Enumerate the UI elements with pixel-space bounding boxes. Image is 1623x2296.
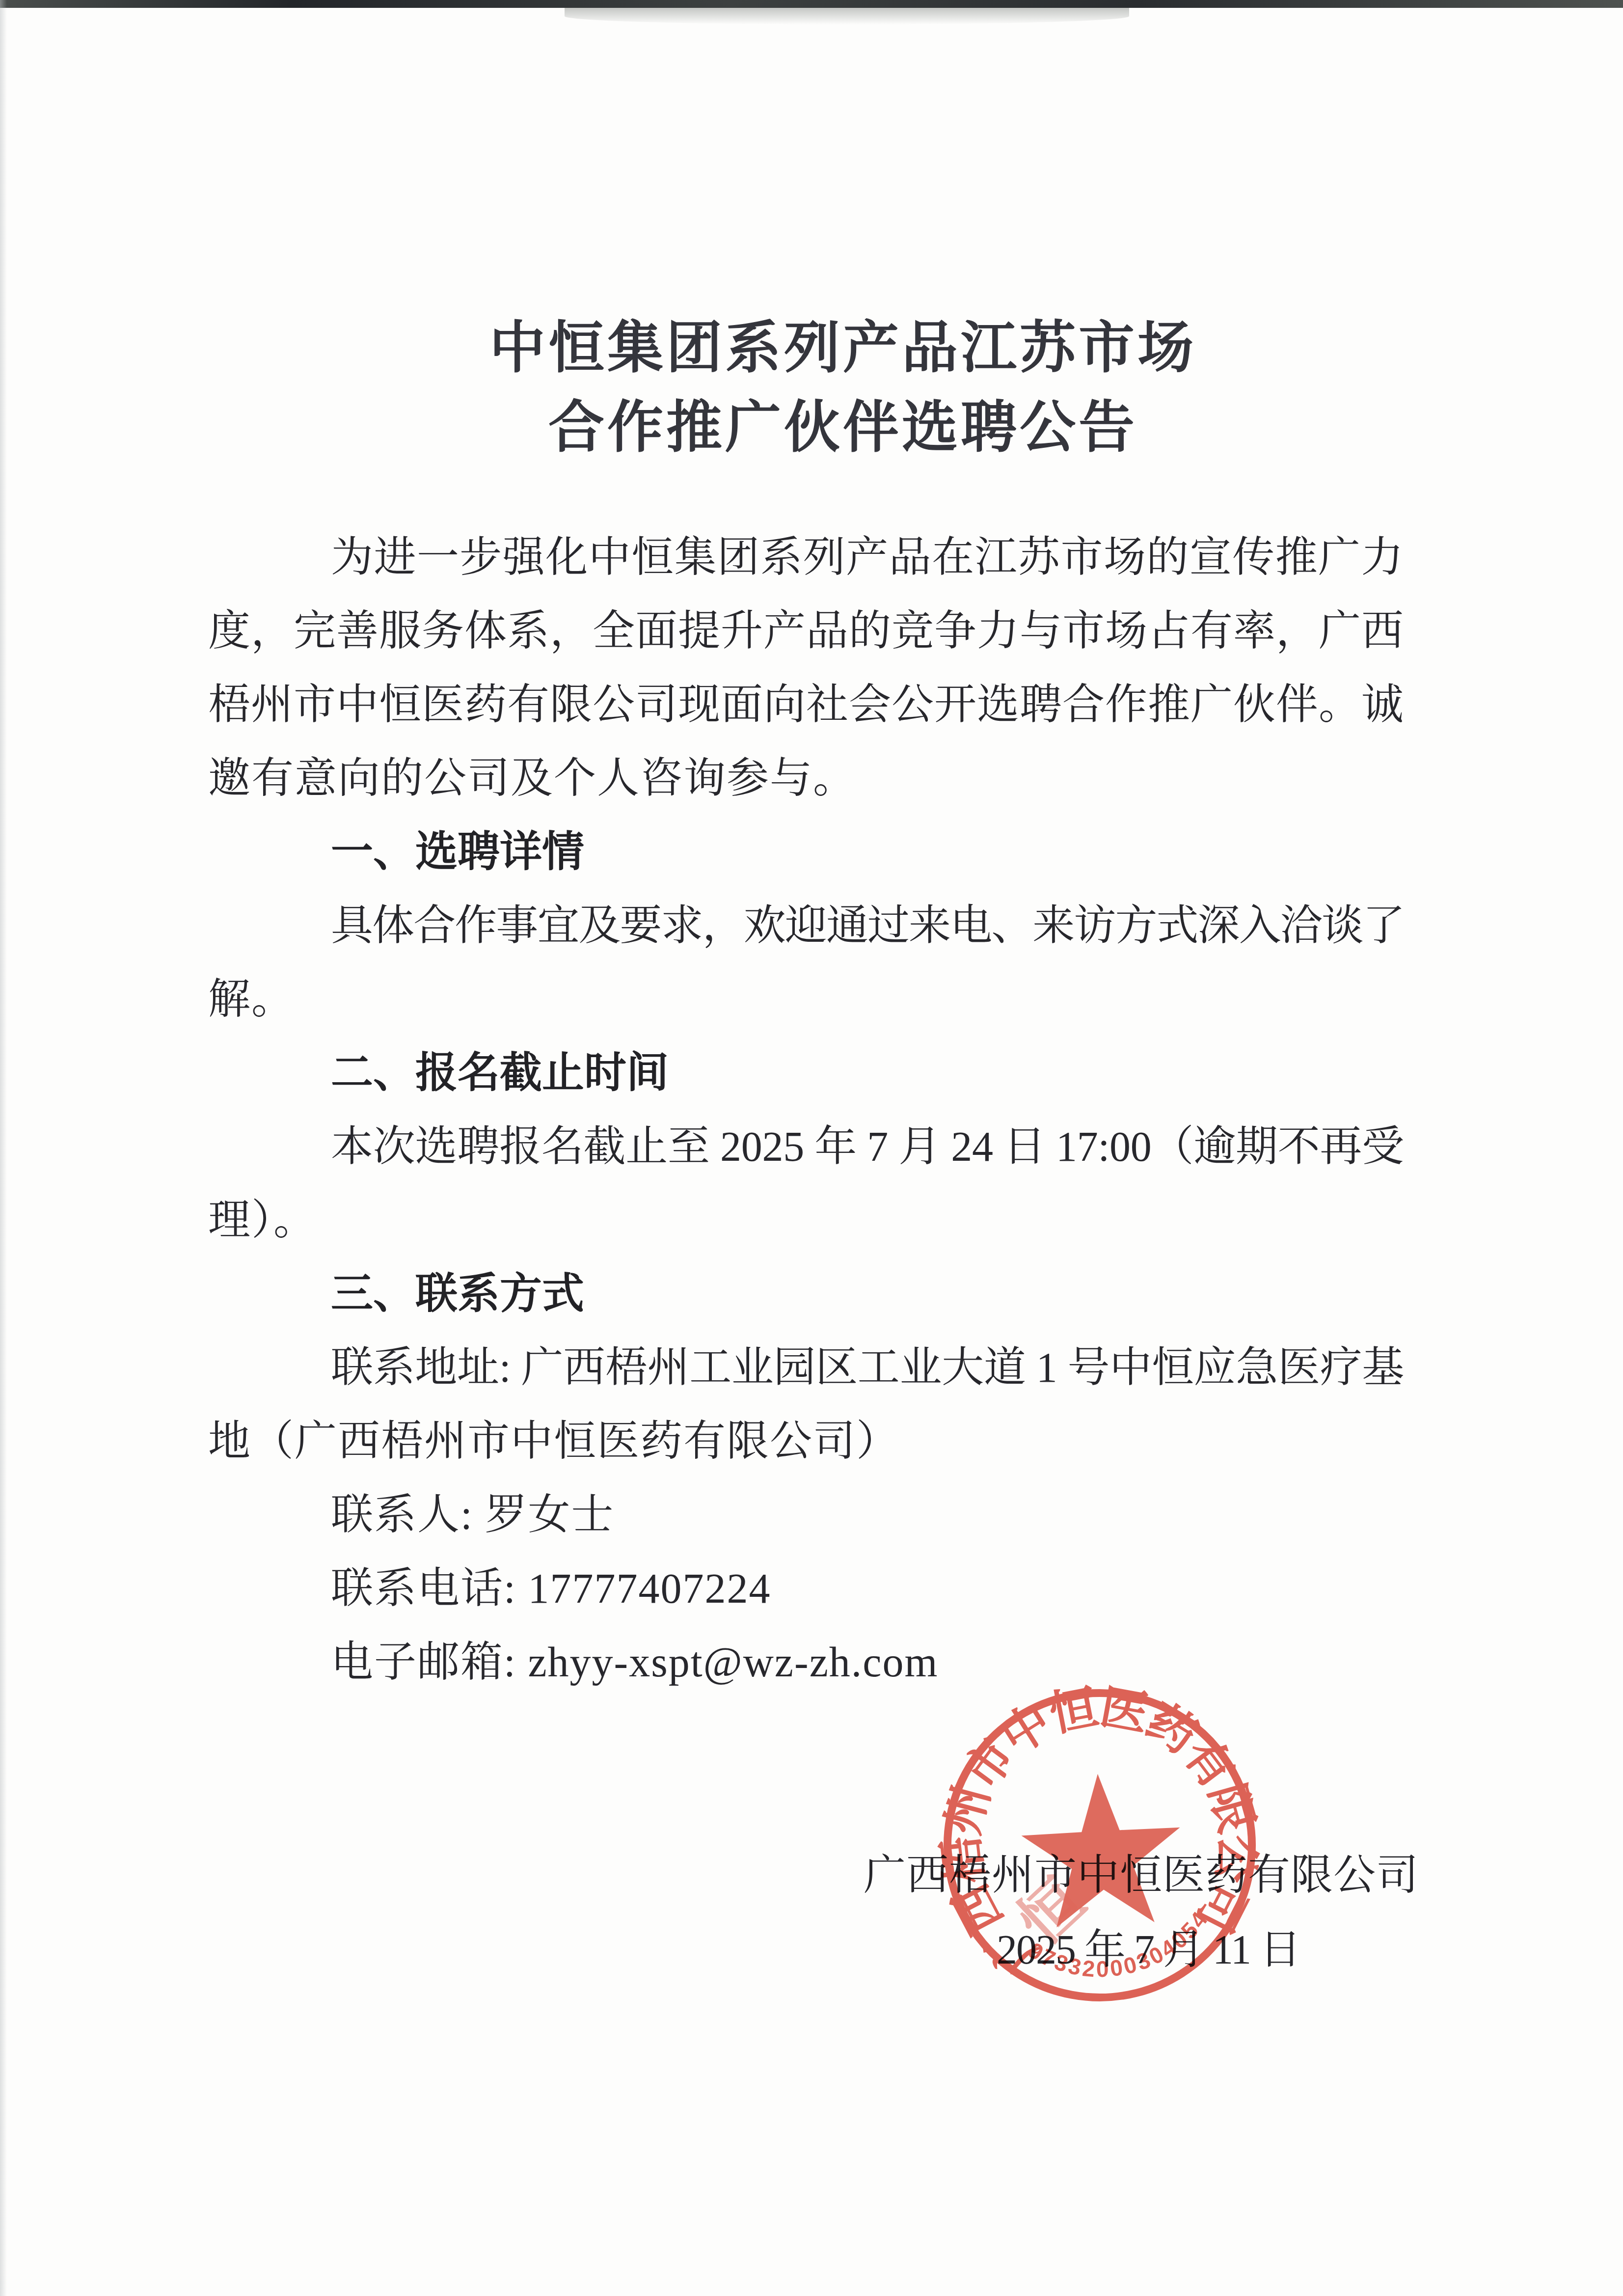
scanner-left-edge-artifact [0, 0, 7, 2296]
body-line: 本次选聘报名截止至 2025 年 7 月 24 日 17:00（逾期不再受 [208, 1110, 1404, 1183]
body-line: 二、报名截止时间 [208, 1036, 1404, 1110]
seal-ring-text-char: 恒 [1045, 1681, 1102, 1742]
body-line: 理）。 [208, 1183, 1404, 1257]
body-line: 三、联系方式 [208, 1257, 1404, 1331]
body-line: 联系人: 罗女士 [208, 1478, 1404, 1552]
body-line: 地（广西梧州市中恒医药有限公司） [208, 1404, 1404, 1478]
body-line: 具体合作事宜及要求，欢迎通过来电、来访方式深入洽谈了 [208, 889, 1404, 962]
body-line: 联系电话: 17777407224 [208, 1552, 1404, 1625]
body-line: 梧州市中恒医药有限公司现面向社会公开选聘合作推广伙伴。诚 [208, 668, 1404, 741]
scanner-edge-artifact [0, 0, 1623, 8]
company-seal-stamp: 广西梧州市中恒医药有限公司45040300023379恒 [904, 1649, 1295, 2041]
seal-serial-digit: 0 [1096, 1956, 1109, 1982]
body-line: 一、选聘详情 [208, 815, 1404, 889]
body-line: 解。 [208, 962, 1404, 1036]
seal-serial-digit: 2 [1081, 1955, 1096, 1982]
title-line-2: 合作推广伙伴选聘公告 [282, 388, 1404, 467]
body-line: 邀有意向的公司及个人咨询参与。 [208, 741, 1404, 815]
body-line: 度，完善服务体系，全面提升产品的竞争力与市场占有率，广西 [208, 594, 1404, 668]
document-body: 为进一步强化中恒集团系列产品在江苏市场的宣传推广力度，完善服务体系，全面提升产品… [208, 520, 1404, 1699]
body-line: 为进一步强化中恒集团系列产品在江苏市场的宣传推广力 [208, 520, 1404, 594]
title-line-1: 中恒集团系列产品江苏市场 [282, 308, 1404, 388]
body-line: 联系地址: 广西梧州工业园区工业大道 1 号中恒应急医疗基 [208, 1331, 1404, 1404]
document-title: 中恒集团系列产品江苏市场 合作推广伙伴选聘公告 [208, 308, 1404, 467]
scanner-shadow-artifact [565, 8, 1129, 25]
scanned-document-page: 中恒集团系列产品江苏市场 合作推广伙伴选聘公告 为进一步强化中恒集团系列产品在江… [0, 0, 1623, 2296]
seal-ring-text-char: 梧 [935, 1834, 993, 1887]
